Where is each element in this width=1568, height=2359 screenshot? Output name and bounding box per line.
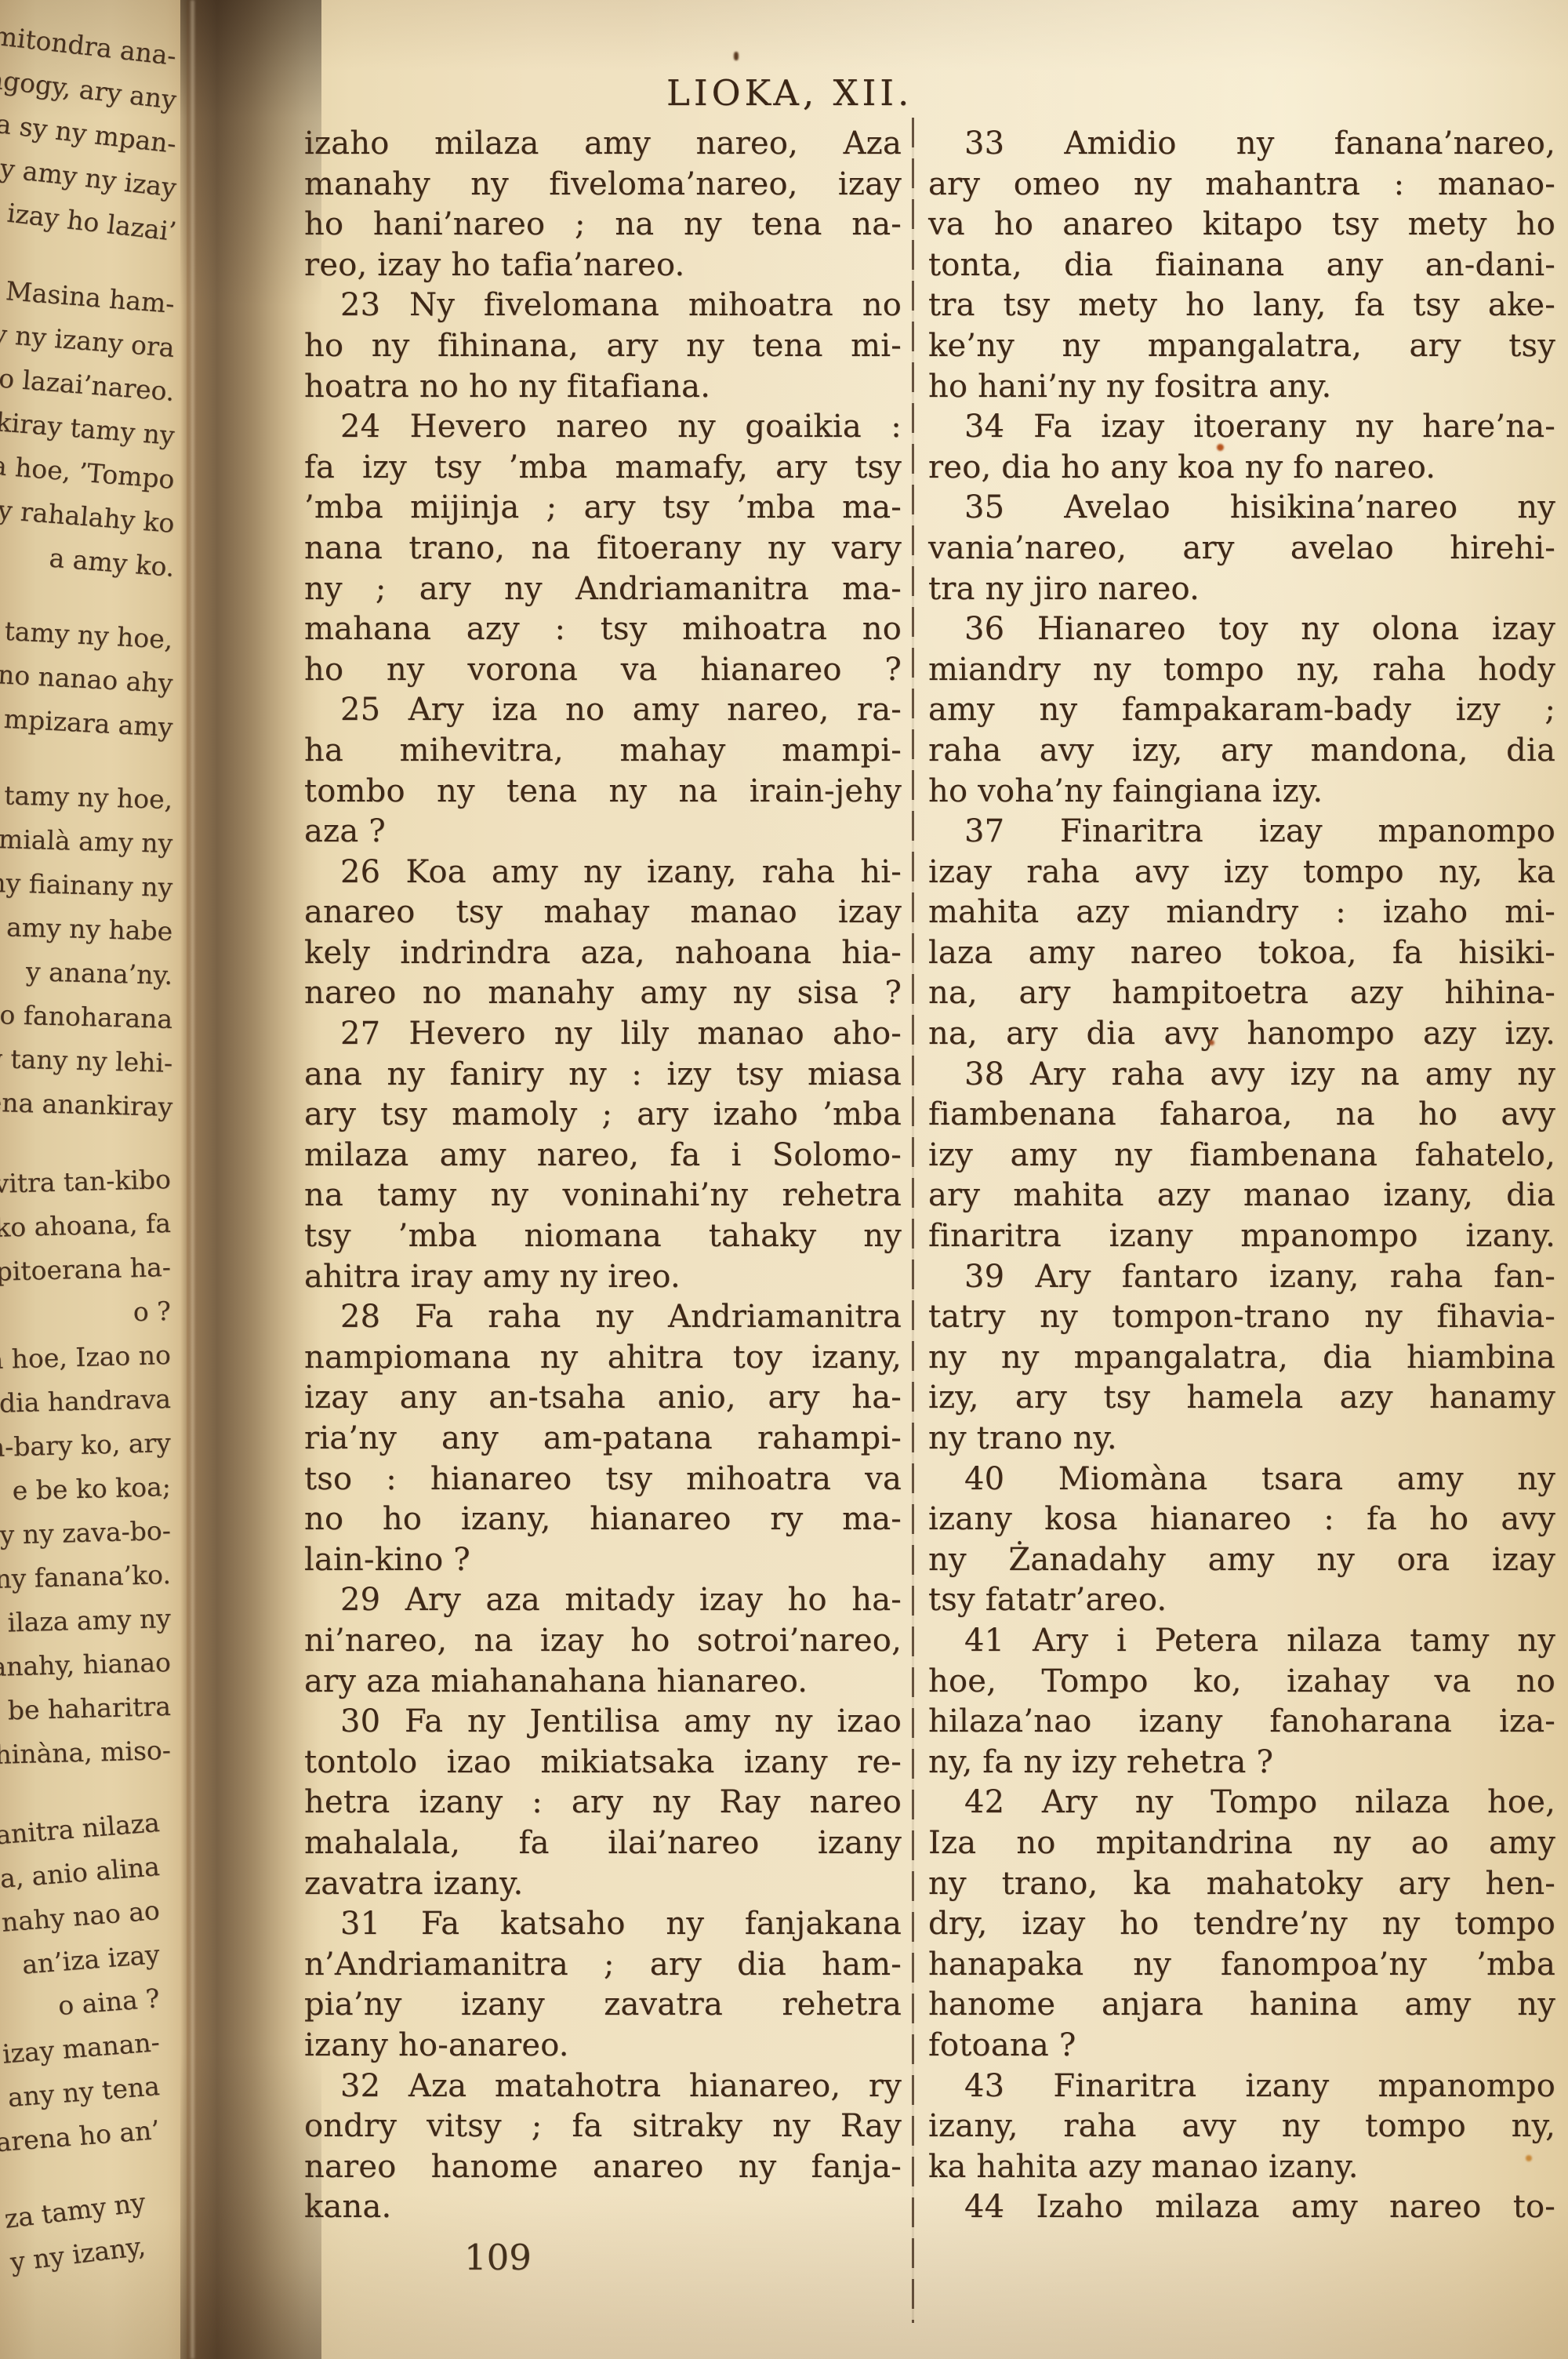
text-line: ni’nareo, na izay ho sotroi’nareo,: [304, 1621, 902, 1662]
text-line: nareo no manahy amy ny sisa ?: [304, 973, 902, 1014]
text-line: y anana’ny.: [0, 947, 173, 998]
text-line: izay any an-tsaha anio, ary ha-: [304, 1378, 902, 1419]
gutter-page-text: zy mitondra ana-nagogy, ary anyaka sy ny…: [0, 35, 180, 2268]
text-line: hilaza’nao izany fanoharana iza-: [928, 1702, 1555, 1743]
text-line: y tany ny lehi-: [0, 1035, 173, 1085]
text-line: tso : hianareo tsy mihoatra va: [304, 1459, 902, 1500]
text-line: reo, izay ho tafia’nareo.: [304, 245, 902, 286]
text-line: anahy, hianao: [0, 1641, 172, 1691]
text-line: 40 Miomàna tsara amy ny: [928, 1459, 1555, 1500]
text-line: ary omeo ny mahantra : manao-: [928, 165, 1555, 205]
text-line: 27 Hevero ny lily manao aho-: [304, 1014, 902, 1055]
running-head: LIOKA, XII.: [666, 72, 913, 114]
text-line: miandry ny tompo ny, raha hody: [928, 650, 1555, 691]
text-line: ha mihevitra, mahay mampi-: [304, 731, 902, 772]
text-line: o ?: [0, 1289, 172, 1339]
text-line: 34 Fa izay itoerany ny hare’na-: [928, 407, 1555, 448]
left-text-column: izaho milaza amy nareo, Azamanahy ny fiv…: [304, 124, 902, 2228]
text-line: 26 Koa amy ny izany, raha hi-: [304, 852, 902, 893]
text-line: 44 Izaho milaza amy nareo to-: [928, 2187, 1555, 2228]
text-line: ny fanana’ko.: [0, 1553, 172, 1603]
text-line: ko ahoana, fa: [0, 1201, 172, 1252]
text-line: fotoana ?: [928, 2026, 1555, 2066]
gutter-paragraph: hy Masina ham-amy ny izany oraho lazai’n…: [0, 282, 180, 590]
gutter-paragraph: zy mitondra ana-nagogy, ary anyaka sy ny…: [0, 35, 180, 254]
text-line: na, ary dia avy hanompo azy izy.: [928, 1014, 1555, 1055]
text-line: ary mahita azy manao izany, dia: [928, 1176, 1555, 1216]
text-line: izaho milaza amy nareo, Aza: [304, 124, 902, 165]
text-line: aza ?: [304, 812, 902, 852]
text-line: ondry vitsy ; fa sitraky ny Ray: [304, 2106, 902, 2147]
text-line: 38 Ary raha avy izy na amy ny: [928, 1055, 1555, 1096]
text-line: 35 Avelao hisikina’nareo ny: [928, 488, 1555, 529]
text-line: va ho anareo kitapo tsy mety ho: [928, 205, 1555, 245]
text-line: za tamy ny hoe,: [0, 772, 173, 822]
gutter-paragraph: manitra nilazala, anio alinanahy nao aoa…: [0, 1801, 180, 2152]
text-line: ka hahita azy manao izany.: [928, 2147, 1555, 2188]
text-line: hetra izany : ary ny Ray nareo: [304, 1783, 902, 1823]
text-line: 25 Ary iza no amy nareo, ra-: [304, 690, 902, 731]
text-line: tsy fatatr’areo.: [928, 1580, 1555, 1621]
text-line: ihinàna, miso-: [0, 1728, 172, 1779]
text-line: 29 Ary aza mitady izay ho ha-: [304, 1580, 902, 1621]
text-line: ho hani’ny ny fositra any.: [928, 367, 1555, 408]
text-line: ny ny mpangalatra, dia hiambina: [928, 1338, 1555, 1379]
text-line: ny trano, ka mahatoky ary hen-: [928, 1864, 1555, 1905]
text-line: izy amy ny fiambenana fahatelo,: [928, 1136, 1555, 1176]
text-line: mahalala, fa ilai’nareo izany: [304, 1823, 902, 1864]
text-line: Iza no mpitandrina ny ao amy: [928, 1823, 1555, 1864]
text-line: nareo hanome anareo ny fanja-: [304, 2147, 902, 2188]
text-line: ho voha’ny faingiana izy.: [928, 772, 1555, 812]
text-line: 36 Hianareo toy ny olona izay: [928, 609, 1555, 650]
text-line: vania’nareo, ary avelao hirehi-: [928, 529, 1555, 569]
gutter-paragraph: za tamy ny hoe,no nanao ahyo mpizara amy: [0, 618, 180, 750]
gutter-paragraph: za tamy nyy ny izany,: [0, 2180, 180, 2268]
text-line: hanome anjara hanina amy ny: [928, 1985, 1555, 2026]
text-line: ho hani’nareo ; na ny tena na-: [304, 205, 902, 245]
text-line: nao fanoharana: [0, 991, 173, 1041]
text-line: ary aza miahanahana hianareo.: [304, 1662, 902, 1703]
text-line: ana ny faniry ny : izy tsy miasa: [304, 1055, 902, 1096]
text-line: fiambenana faharoa, na ho avy: [928, 1095, 1555, 1136]
text-line: e be ko koa;: [0, 1465, 172, 1515]
text-line: 32 Aza matahotra hianareo, ry: [304, 2066, 902, 2107]
text-line: hanapaka ny fanompoa’ny ’mba: [928, 1945, 1555, 1986]
text-line: dry, izay ho tendre’ny ny tompo: [928, 1904, 1555, 1945]
text-line: kana.: [304, 2187, 902, 2228]
text-line: 24 Hevero nareo ny goaikia :: [304, 407, 902, 448]
text-line: izy, ary tsy hamela azy hanamy: [928, 1378, 1555, 1419]
text-line: finaritra izany mpanompo izany.: [928, 1216, 1555, 1257]
text-line: tonta, dia fiainana any an-dani-: [928, 245, 1555, 286]
text-line: izany ho-anareo.: [304, 2026, 902, 2066]
text-line: 42 Ary ny Tompo nilaza hoe,: [928, 1783, 1555, 1823]
text-line: 30 Fa ny Jentilisa amy ny izao: [304, 1702, 902, 1743]
text-line: be haharitra: [0, 1685, 172, 1735]
text-line: manahy ny fiveloma’nareo, izay: [304, 165, 902, 205]
text-line: 43 Finaritra izany mpanompo: [928, 2066, 1555, 2107]
gutter-paragraph: evitra tan-kiboko ahoana, fa-pitoerana h…: [0, 1158, 180, 1772]
text-line: evitra tan-kibo: [0, 1158, 172, 1208]
text-line: 37 Finaritra izay mpanompo: [928, 812, 1555, 852]
text-line: hoe, Tompo ko, izahay va no: [928, 1662, 1555, 1703]
text-line: ria’ny any am-patana rahampi-: [304, 1419, 902, 1459]
gutter-paragraph: za tamy ny hoe,mialà amy nyny fiainany n…: [0, 778, 180, 1129]
text-line: 31 Fa katsaho ny fanjakana: [304, 1904, 902, 1945]
page-number: 109: [427, 2237, 568, 2278]
text-line: za hoe, Izao no: [0, 1333, 172, 1383]
text-line: pia’ny izany zavatra rehetra: [304, 1985, 902, 2026]
text-line: ahitra iray amy ny ireo.: [304, 1257, 902, 1298]
text-line: 39 Ary fantaro izany, raha fan-: [928, 1257, 1555, 1298]
text-line: izay raha avy izy tompo ny, ka: [928, 852, 1555, 893]
text-line: mialà amy ny: [0, 816, 173, 866]
text-line: tatry ny tompon-trano ny fihavia-: [928, 1297, 1555, 1338]
text-line: izany kosa hianareo : fa ho avy: [928, 1499, 1555, 1540]
text-line: raha avy izy, ary mandona, dia: [928, 731, 1555, 772]
text-line: fa izy tsy ’mba mamafy, ary tsy: [304, 448, 902, 489]
text-line: ny trano ny.: [928, 1419, 1555, 1459]
text-line: anareo tsy mahay manao izay: [304, 892, 902, 933]
text-line: 28 Fa raha ny Andriamanitra: [304, 1297, 902, 1338]
text-line: ny, fa ny izy rehetra ?: [928, 1743, 1555, 1783]
gutter-crease: [191, 0, 194, 2359]
text-line: -pitoerana ha-: [0, 1245, 172, 1296]
text-line: tra tsy mety ho lany, fa tsy ake-: [928, 285, 1555, 326]
text-line: milaza amy nareo, fa i Solomo-: [304, 1136, 902, 1176]
text-line: ho ny fihinana, ary ny tena mi-: [304, 326, 902, 367]
column-divider-rule: [912, 118, 914, 2323]
text-line: dia handrava: [0, 1377, 172, 1427]
text-line: ilaza amy ny: [0, 1597, 172, 1647]
text-line: ary tsy mamoly ; ary izaho ’mba: [304, 1095, 902, 1136]
text-line: ke’ny ny mpangalatra, ary tsy: [928, 326, 1555, 367]
text-line: 23 Ny fivelomana mihoatra no: [304, 285, 902, 326]
text-line: tra ny jiro nareo.: [928, 569, 1555, 610]
text-line: na, ary hampitoetra azy hihina-: [928, 973, 1555, 1014]
text-line: no ho izany, hianareo ry ma-: [304, 1499, 902, 1540]
text-line: 41 Ary i Petera nilaza tamy ny: [928, 1621, 1555, 1662]
text-line: n’Andriamanitra ; ary dia ham-: [304, 1945, 902, 1986]
right-text-column: 33 Amidio ny fanana’nareo,ary omeo ny ma…: [928, 124, 1555, 2228]
text-line: ny fiainany ny: [0, 860, 173, 910]
text-line: zavatra izany.: [304, 1864, 902, 1905]
text-line: amy ny fampakaram-bady izy ;: [928, 690, 1555, 731]
text-line: hoatra no ho ny fitafiana.: [304, 367, 902, 408]
text-line: ho ny vorona va hianareo ?: [304, 650, 902, 691]
text-line: 33 Amidio ny fanana’nareo,: [928, 124, 1555, 165]
text-line: ny ; ary ny Andriamanitra ma-: [304, 569, 902, 610]
text-line: mahita azy miandry : izaho mi-: [928, 892, 1555, 933]
text-line: tsy ’mba niomana tahaky ny: [304, 1216, 902, 1257]
text-line: na tamy ny voninahi’ny rehetra: [304, 1176, 902, 1216]
text-line: ena anankiray: [0, 1079, 173, 1129]
text-line: ’mba mijinja ; ary tsy ’mba ma-: [304, 488, 902, 529]
text-line: a amy ny habe: [0, 903, 173, 954]
text-line: tombo ny tena ny na irain-jehy: [304, 772, 902, 812]
text-line: ny ny zava-bo-: [0, 1509, 172, 1559]
text-line: nampiomana ny ahitra toy izany,: [304, 1338, 902, 1379]
text-line: izany, raha avy ny tompo ny,: [928, 2106, 1555, 2147]
text-line: mahana azy : tsy mihoatra no: [304, 609, 902, 650]
text-line: kely indrindra aza, nahoana hia-: [304, 933, 902, 974]
text-line: laza amy nareo tokoa, fa hisiki-: [928, 933, 1555, 974]
text-line: nana trano, na fitoerany ny vary: [304, 529, 902, 569]
text-line: ny Żanadahy amy ny ora izay: [928, 1540, 1555, 1581]
text-line: reo, dia ho any koa ny fo nareo.: [928, 448, 1555, 489]
text-line: tontolo izao mikiatsaka izany re-: [304, 1743, 902, 1783]
text-line: lain-kino ?: [304, 1540, 902, 1581]
text-line: n-bary ko, ary: [0, 1421, 172, 1471]
